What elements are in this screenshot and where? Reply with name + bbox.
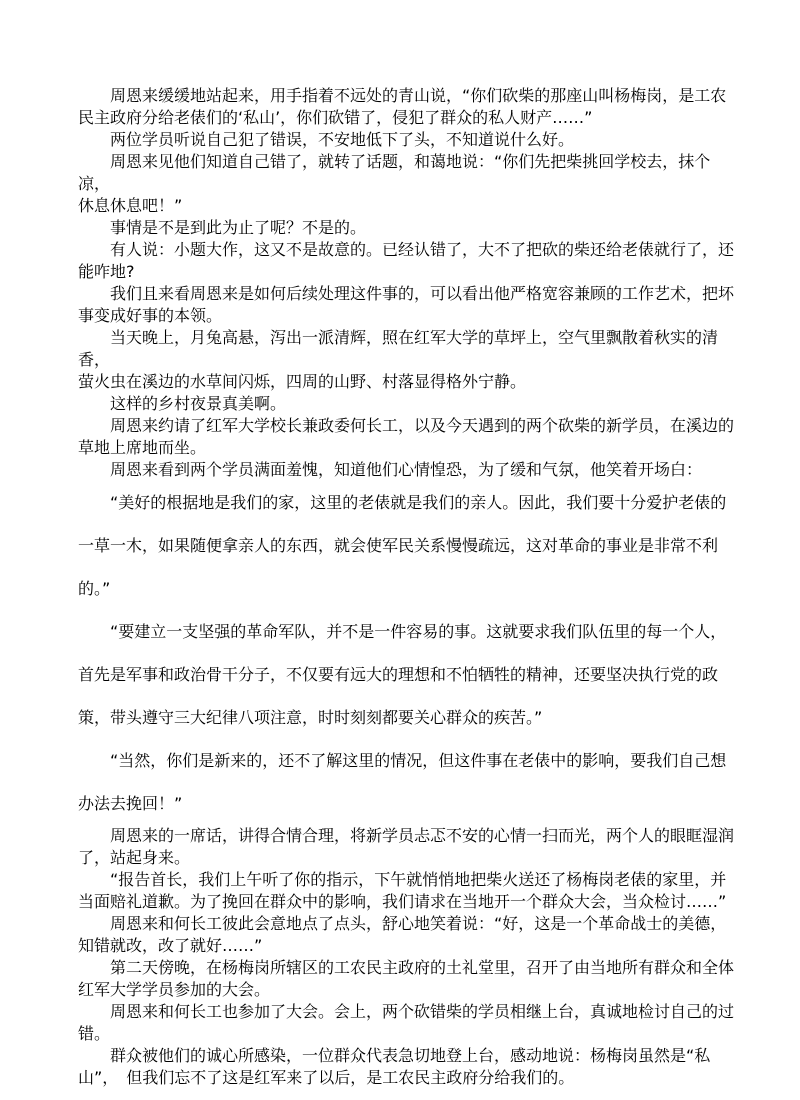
paragraph: 周恩来约请了红军大学校长兼政委何长工，以及今天遇到的两个砍柴的新学员，在溪边的 …	[78, 415, 740, 459]
paragraph: 有人说：小题大作，这又不是故意的。已经认错了，大不了把砍的柴还给老俵就行了，还 …	[78, 239, 740, 283]
paragraph: “报告首长，我们上午听了你的指示，下午就悄悄地把柴火送还了杨梅岗老俵的家里，并 …	[78, 869, 740, 913]
paragraph: 周恩来和何长工也参加了大会。会上，两个砍错柴的学员相继上台，真诚地检讨自己的过 …	[78, 1001, 740, 1045]
paragraph: “要建立一支坚强的革命军队，并不是一件容易的事。这就要求我们队伍里的每一个人， …	[78, 610, 740, 739]
paragraph: 周恩来见他们知道自己错了，就转了话题，和蔼地说：“你们先把柴挑回学校去，抹个凉，…	[78, 151, 740, 217]
paragraph: 周恩来缓缓地站起来，用手指着不远处的青山说，“你们砍柴的那座山叫杨梅岗，是工农 …	[78, 85, 740, 129]
document-text-block: 周恩来缓缓地站起来，用手指着不远处的青山说，“你们砍柴的那座山叫杨梅岗，是工农 …	[78, 85, 740, 1089]
document-page: 周恩来缓缓地站起来，用手指着不远处的青山说，“你们砍柴的那座山叫杨梅岗，是工农 …	[0, 0, 800, 1100]
paragraph: 周恩来的一席话，讲得合情合理，将新学员忐忑不安的心情一扫而光，两个人的眼眶湿润 …	[78, 825, 740, 869]
paragraph: “美好的根据地是我们的家，这里的老俵就是我们的亲人。因此，我们要十分爱护老俵的 …	[78, 481, 740, 610]
paragraph: 两位学员听说自己犯了错误，不安地低下了头，不知道说什么好。	[78, 129, 740, 151]
paragraph: 我们且来看周恩来是如何后续处理这件事的，可以看出他严格宽容兼顾的工作艺术，把坏 …	[78, 283, 740, 327]
paragraph: 当天晚上，月兔高悬，泻出一派清辉，照在红军大学的草坪上，空气里飘散着秋实的清香，…	[78, 327, 740, 393]
paragraph: 事情是不是到此为止了呢？不是的。	[78, 217, 740, 239]
paragraph: “当然，你们是新来的，还不了解这里的情况，但这件事在老俵中的影响，要我们自己想 …	[78, 739, 740, 825]
paragraph: 周恩来和何长工彼此会意地点了点头，舒心地笑着说：“好，这是一个革命战士的美德， …	[78, 913, 740, 957]
paragraph: 群众被他们的诚心所感染，一位群众代表急切地登上台，感动地说：杨梅岗虽然是“私 山…	[78, 1045, 740, 1089]
paragraph: 第二天傍晚，在杨梅岗所辖区的工农民主政府的土礼堂里，召开了由当地所有群众和全体 …	[78, 957, 740, 1001]
paragraph: 周恩来看到两个学员满面羞愧，知道他们心情惶恐，为了缓和气氛，他笑着开场白：	[78, 459, 740, 481]
paragraph: 这样的乡村夜景真美啊。	[78, 393, 740, 415]
